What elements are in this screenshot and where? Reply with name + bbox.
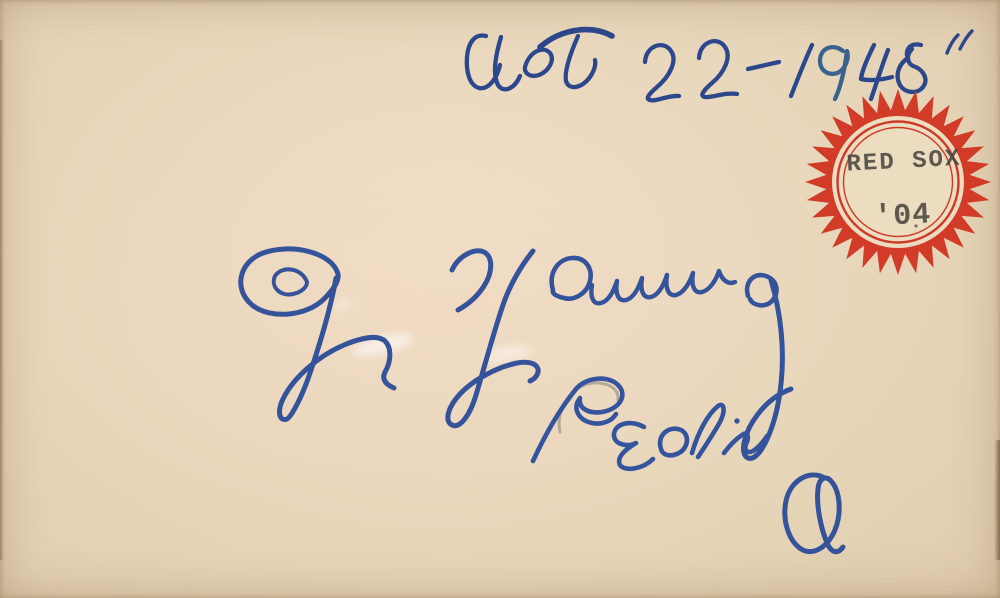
location-handwriting bbox=[533, 379, 767, 469]
card-left-edge-shadow bbox=[0, 40, 4, 560]
ohio-initial-handwriting bbox=[785, 475, 843, 552]
red-sox-seal: RED SOX '04 bbox=[798, 82, 998, 282]
photo-of-autograph-card: RED SOX '04 Oct 22 - 1948 Cy Young Peoli… bbox=[0, 0, 1000, 598]
seal-year-text: '04 bbox=[873, 198, 932, 235]
signature-handwriting bbox=[241, 249, 791, 458]
card-right-edge-shadow bbox=[994, 440, 1000, 560]
seal-stray-ink-dot bbox=[914, 224, 917, 227]
